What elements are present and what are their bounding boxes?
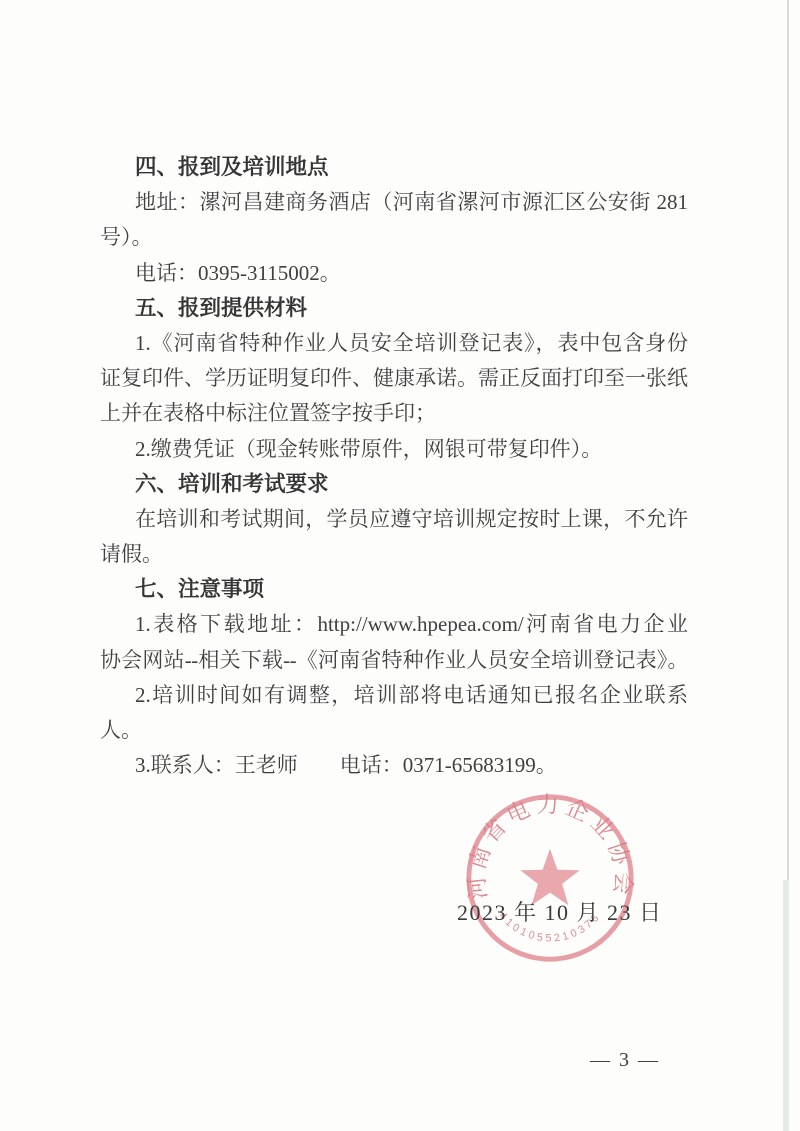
text-line: 证复印件、学历证明复印件、健康承诺。需正反面打印至一张纸 (100, 361, 688, 396)
text-line: 2.培训时间如有调整，培训部将电话通知已报名企业联系 (100, 678, 688, 713)
text-line: 2.缴费凭证（现金转账带原件，网银可带复印件）。 (100, 432, 688, 467)
text-line: 1.《河南省特种作业人员安全培训登记表》，表中包含身份 (100, 326, 688, 361)
text-line: 请假。 (100, 537, 688, 572)
text-line: 3.联系人：王老师 电话：0371-65683199。 (100, 748, 688, 783)
scanned-document-page: 四、报到及培训地点 地址：漯河昌建商务酒店（河南省漯河市源汇区公安街 281 号… (0, 0, 800, 1131)
section-heading-7: 七、注意事项 (100, 572, 688, 607)
text-line: 在培训和考试期间，学员应遵守培训规定按时上课，不允许 (100, 502, 688, 537)
section-heading-4: 四、报到及培训地点 (100, 150, 688, 185)
text-line: 1.表格下载地址：http://www.hpepea.com/河南省电力企业 (100, 607, 688, 642)
document-date: 2023 年 10 月 23 日 (457, 896, 663, 927)
text-line: 号）。 (100, 220, 688, 255)
text-line: 电话：0395-3115002。 (100, 256, 688, 291)
section-heading-5: 五、报到提供材料 (100, 291, 688, 326)
text-line: 上并在表格中标注位置签字按手印； (100, 396, 688, 431)
text-line: 人。 (100, 713, 688, 748)
page-number: — 3 — (565, 1049, 685, 1072)
section-heading-6: 六、培训和考试要求 (100, 467, 688, 502)
scan-edge-shadow (783, 880, 789, 1131)
official-seal: 河南省电力企业协会 4101055210376 (462, 790, 638, 966)
text-line: 地址：漯河昌建商务酒店（河南省漯河市源汇区公安街 281 (100, 185, 688, 220)
document-body: 四、报到及培训地点 地址：漯河昌建商务酒店（河南省漯河市源汇区公安街 281 号… (100, 150, 688, 783)
text-line: 协会网站--相关下载--《河南省特种作业人员安全培训登记表》。 (100, 643, 688, 678)
